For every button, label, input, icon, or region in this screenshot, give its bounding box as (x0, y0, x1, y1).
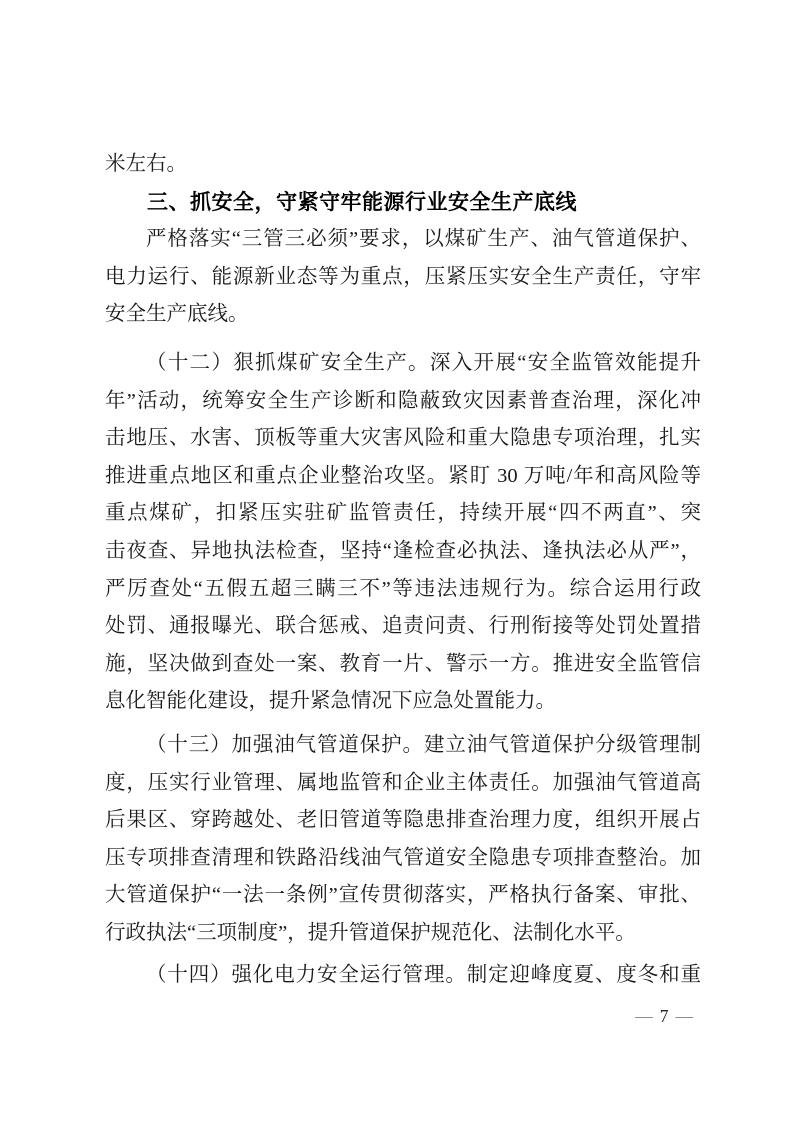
body-line: 大管道保护“一法一条例”宣传贯彻落实，严格执行备案、审批、 (105, 877, 701, 915)
paragraph-overview: 严格落实“三管三必须”要求，以煤矿生产、油气管道保护、 电力运行、能源新业态等为… (105, 221, 701, 334)
page-number-value: 7 (660, 1006, 669, 1026)
body-line: 推进重点地区和重点企业整治攻坚。紧盯 30 万吨/年和高风险等 (105, 458, 701, 496)
body-line: 度，压实行业管理、属地监管和企业主体责任。加强油气管道高 (105, 765, 701, 803)
body-line: 击地压、水害、顶板等重大灾害风险和重大隐患专项治理，扎实 (105, 420, 701, 458)
body-line: （十二）狠抓煤矿安全生产。深入开展“安全监管效能提升 (105, 345, 701, 383)
page-number-left-dash: — (628, 1006, 660, 1026)
document-page: 米左右。 三、抓安全，守紧守牢能源行业安全生产底线 严格落实“三管三必须”要求，… (0, 0, 794, 1123)
body-line: 严格落实“三管三必须”要求，以煤矿生产、油气管道保护、 (105, 221, 701, 259)
body-line: 电力运行、能源新业态等为重点，压紧压实安全生产责任，守牢 (105, 259, 701, 297)
intro-fragment-line: 米左右。 (105, 146, 701, 184)
paragraph-item-14: （十四）强化电力安全运行管理。制定迎峰度夏、度冬和重 (105, 957, 701, 995)
body-line: 重点煤矿，扣紧压实驻矿监管责任，持续开展“四不两直”、突 (105, 495, 701, 533)
document-body: 米左右。 三、抓安全，守紧守牢能源行业安全生产底线 严格落实“三管三必须”要求，… (105, 146, 701, 995)
body-line: 施，坚决做到查处一案、教育一片、警示一方。推进安全监管信 (105, 646, 701, 684)
body-line: 击夜查、异地执法检查，坚持“逢检查必执法、逢执法必从严”， (105, 533, 701, 571)
section-heading: 三、抓安全，守紧守牢能源行业安全生产底线 (105, 184, 701, 222)
body-line: 息化智能化建设，提升紧急情况下应急处置能力。 (105, 683, 701, 721)
body-line: 压专项排查清理和铁路沿线油气管道安全隐患专项排查整治。加 (105, 840, 701, 878)
body-line: 后果区、穿跨越处、老旧管道等隐患排查治理力度，组织开展占 (105, 802, 701, 840)
page-number: —7— (628, 1004, 700, 1028)
body-line: 处罚、通报曝光、联合惩戒、追责问责、行刑衔接等处罚处置措 (105, 608, 701, 646)
paragraph-item-13: （十三）加强油气管道保护。建立油气管道保护分级管理制 度，压实行业管理、属地监管… (105, 727, 701, 953)
body-line: （十四）强化电力安全运行管理。制定迎峰度夏、度冬和重 (105, 957, 701, 995)
body-line: 行政执法“三项制度”，提升管道保护规范化、法制化水平。 (105, 915, 701, 953)
body-line: （十三）加强油气管道保护。建立油气管道保护分级管理制 (105, 727, 701, 765)
page-number-right-dash: — (669, 1006, 701, 1026)
paragraph-item-12: （十二）狠抓煤矿安全生产。深入开展“安全监管效能提升 年”活动，统筹安全生产诊断… (105, 345, 701, 721)
body-line: 严厉查处“五假五超三瞒三不”等违法违规行为。综合运用行政 (105, 571, 701, 609)
body-line: 安全生产底线。 (105, 296, 701, 334)
body-line: 年”活动，统筹安全生产诊断和隐蔽致灾因素普查治理，深化冲 (105, 383, 701, 421)
